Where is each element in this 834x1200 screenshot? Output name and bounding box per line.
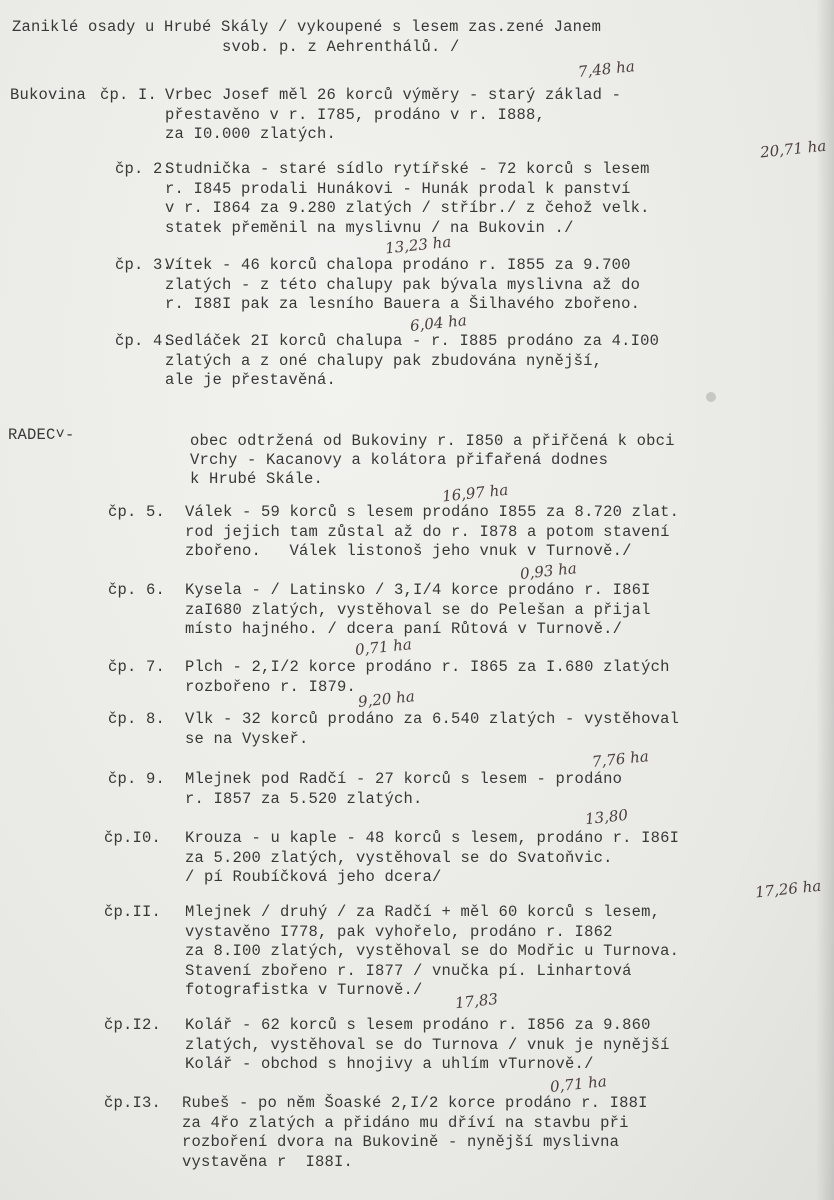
entry-line: Válek - 59 korců s lesem prodáno I855 za… bbox=[185, 503, 679, 522]
entry-line: Vrbec Josef měl 26 korců výměry - starý … bbox=[165, 86, 621, 105]
entry-line: Kolář - obchod s hnojivy a uhlím vTurnov… bbox=[185, 1055, 594, 1074]
handwritten-area-note: 7,76 ha bbox=[591, 747, 649, 771]
entry-line: / pí Roubíčková jeho dcera/ bbox=[185, 868, 442, 887]
entry-line: zlatých - z této chalupy pak bývala mysl… bbox=[165, 276, 640, 295]
handwritten-area-note: 13,80 bbox=[584, 806, 629, 828]
section-radec: RADEC˅- bbox=[8, 426, 75, 445]
entry-number: čp. 6. bbox=[108, 581, 165, 600]
entry-line: za 4řo zlatých a přidáno mu dříví na sta… bbox=[182, 1114, 629, 1133]
entry-line: statek přeměnil na myslivnu / na Bukovin… bbox=[165, 219, 574, 238]
page-edge-shadow bbox=[816, 0, 834, 1200]
entry-number: čp. 2. bbox=[115, 160, 172, 179]
entry-line: v r. I864 za 9.280 zlatých / stříbr./ z … bbox=[165, 199, 650, 218]
handwritten-area-note: 17,26 ha bbox=[754, 877, 822, 902]
document-page: Zaniklé osady u Hrubé Skály / vykoupené … bbox=[0, 0, 834, 1200]
handwritten-area-note: 0,93 ha bbox=[519, 559, 577, 583]
entry-line: za 8.I00 zlatých, vystěhoval se do Modři… bbox=[185, 942, 679, 961]
entry-line: zbořeno. Válek listonoš jeho vnuk v Turn… bbox=[185, 542, 632, 561]
entry-line: rod jejich tam zůstal až do r. I878 a po… bbox=[185, 523, 670, 542]
entry-line: r. I857 za 5.520 zlatých. bbox=[185, 790, 423, 809]
entry-line: Stavení zbořeno r. I877 / vnučka pí. Lin… bbox=[185, 962, 632, 981]
radec-desc-2: Vrchy - Kacanovy a kolátora přifařená do… bbox=[190, 451, 608, 470]
entry-line: Krouza - u kaple - 48 korců s lesem, pro… bbox=[185, 829, 679, 848]
entry-line: rozboření dvora na Bukovině - nynější my… bbox=[182, 1133, 619, 1152]
entry-line: Mlejnek pod Radčí - 27 korců s lesem - p… bbox=[185, 770, 622, 789]
handwritten-area-note: 16,97 ha bbox=[441, 481, 509, 506]
entry-number: čp. I. bbox=[100, 86, 157, 105]
entry-number: čp. 4. bbox=[115, 332, 172, 351]
handwritten-area-note: 9,20 ha bbox=[357, 687, 415, 711]
handwritten-area-note: 7,48 ha bbox=[577, 57, 635, 81]
radec-desc-3: k Hrubé Skále. bbox=[190, 470, 323, 489]
entry-line: Mlejnek / druhý / za Radčí + měl 60 korc… bbox=[185, 903, 660, 922]
entry-line: přestavěno v r. I785, prodáno v r. I888, bbox=[165, 106, 545, 125]
entry-line: Studnička - staré sídlo rytířské - 72 ko… bbox=[165, 160, 650, 179]
entry-line: za 5.200 zlatých, vystěhoval se do Svato… bbox=[185, 849, 613, 868]
radec-desc-1: obec odtržená od Bukoviny r. I850 a přiř… bbox=[190, 432, 675, 451]
entry-line: fotografistka v Turnově./ bbox=[185, 981, 423, 1000]
entry-line: za I0.000 zlatých. bbox=[165, 125, 336, 144]
entry-line: Vlk - 32 korců prodáno za 6.540 zlatých … bbox=[185, 710, 679, 729]
ink-spot bbox=[706, 392, 716, 402]
entry-number: čp. 8. bbox=[108, 710, 165, 729]
entry-line: rozbořeno r. I879. bbox=[185, 678, 356, 697]
entry-number: čp. 7. bbox=[108, 658, 165, 677]
entry-number: čp. 9. bbox=[108, 770, 165, 789]
entry-line: Plch - 2,I/2 korce prodáno r. I865 za I.… bbox=[185, 658, 670, 677]
entry-line: r. I845 prodali Hunákovi - Hunák prodal … bbox=[165, 180, 631, 199]
handwritten-area-note: 17,83 bbox=[454, 990, 499, 1012]
header-line-1: Zaniklé osady u Hrubé Skály / vykoupené … bbox=[12, 18, 601, 37]
entry-number: čp. 5. bbox=[108, 503, 165, 522]
entry-line: Sedláček 2I korců chalupa - r. I885 prod… bbox=[165, 332, 659, 351]
section-bukovina: Bukovina bbox=[10, 86, 86, 105]
entry-line: vystavěno I778, pak vyhořelo, prodáno r.… bbox=[185, 923, 613, 942]
entry-line: Vítek - 46 korců chalopa prodáno r. I855… bbox=[165, 256, 631, 275]
entry-number: čp.I2. bbox=[104, 1016, 161, 1035]
entry-line: Rubeš - po něm Šoaské 2,I/2 korce prodán… bbox=[182, 1094, 648, 1113]
entry-line: Kolář - 62 korců s lesem prodáno r. I856… bbox=[185, 1016, 651, 1035]
entry-line: ale je přestavěná. bbox=[165, 371, 336, 390]
entry-line: r. I88I pak za lesního Bauera a Šilhavéh… bbox=[165, 295, 640, 314]
entry-number: čp.I0. bbox=[104, 829, 161, 848]
entry-line: zaI680 zlatých, vystěhoval se do Pelešan… bbox=[185, 601, 651, 620]
entry-number: čp.II. bbox=[104, 903, 161, 922]
handwritten-area-note: 0,71 ha bbox=[549, 1072, 607, 1096]
entry-number: čp.I3. bbox=[104, 1094, 161, 1113]
header-line-2: svob. p. z Aehrenthálů. / bbox=[222, 38, 460, 57]
entry-line: vystavěna r I88I. bbox=[182, 1153, 353, 1172]
entry-line: se na Vyskeř. bbox=[185, 730, 309, 749]
entry-line: zlatých a z oné chalupy pak zbudována ny… bbox=[165, 352, 602, 371]
entry-line: zlatých, vystěhoval se do Turnova / vnuk… bbox=[185, 1036, 670, 1055]
entry-number: čp. 3. bbox=[115, 256, 172, 275]
entry-line: Kysela - / Latinsko / 3,I/4 korce prodán… bbox=[185, 581, 651, 600]
